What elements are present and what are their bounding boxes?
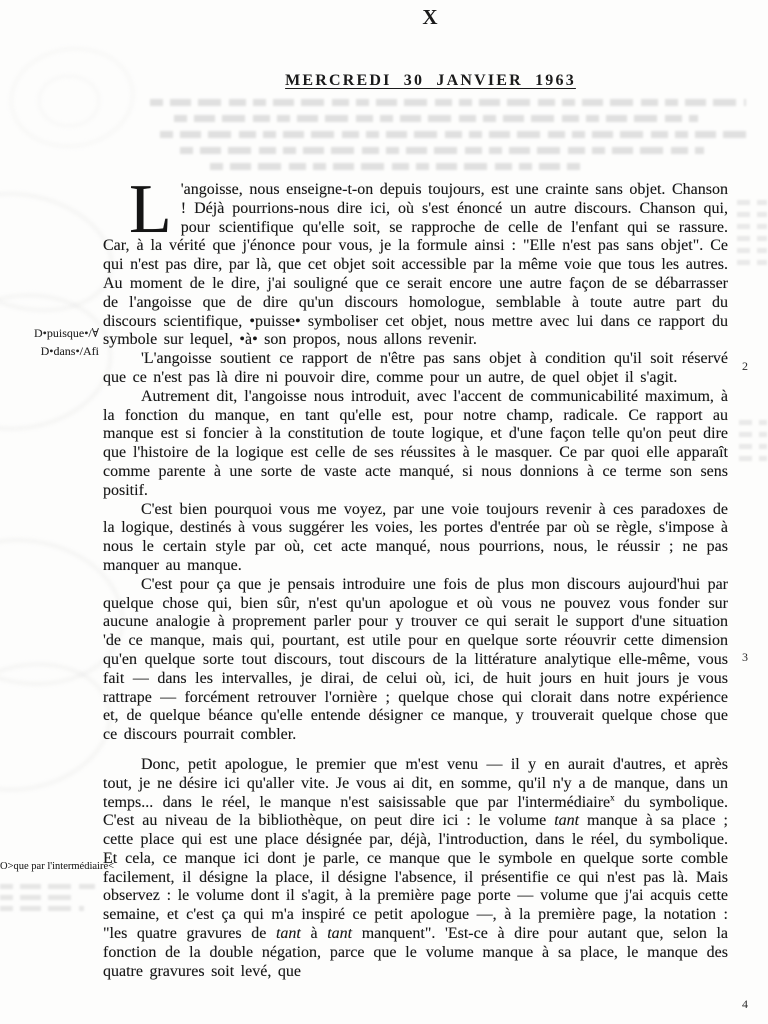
paragraph-6-text: à — [301, 925, 327, 942]
margin-note-intermediaire: O>que par l'intermédiaire< — [0, 861, 114, 872]
ghost-line — [739, 432, 767, 437]
ghost-line — [174, 115, 698, 122]
ghost-line — [0, 884, 95, 889]
session-heading-text: MERCREDI 30 JANVIER 1963 — [285, 72, 576, 89]
ghost-line — [737, 200, 767, 205]
ghost-line — [737, 224, 767, 229]
ghost-line — [0, 906, 84, 911]
italic-word: tant — [276, 925, 301, 942]
chapter-number: X — [103, 5, 758, 30]
bleedthrough-strip — [739, 420, 767, 468]
ghost-line — [160, 131, 746, 138]
paragraph-1-text: 'angoisse, nous enseigne-t-on depuis tou… — [103, 181, 728, 348]
scanned-document-page: X MERCREDI 30 JANVIER 1963 L'angoisse, n… — [0, 0, 768, 1024]
ghost-line — [180, 147, 704, 154]
italic-word: tant — [327, 925, 352, 942]
paragraph-4: C'est bien pourquoi vous me voyez, par u… — [103, 501, 728, 576]
ghost-line — [737, 212, 767, 217]
dropcap-letter: L — [103, 181, 181, 236]
session-heading: MERCREDI 30 JANVIER 1963 — [103, 72, 758, 90]
ghost-line — [739, 456, 767, 461]
ghost-line — [739, 420, 767, 425]
margin-number-4: 4 — [742, 997, 748, 1012]
ghost-line — [737, 248, 767, 253]
ghost-line — [150, 99, 746, 106]
margin-number-2: 2 — [742, 359, 748, 374]
body-text-column: L'angoisse, nous enseigne-t-on depuis to… — [103, 181, 728, 1024]
paragraph-6: Donc, petit apologue, le premier que m'e… — [103, 756, 728, 982]
paragraph-3: Autrement dit, l'angoisse nous introduit… — [103, 388, 728, 501]
stamp-circle-ghost — [38, 75, 100, 127]
ghost-line — [210, 163, 580, 170]
paragraph-6-text: manque à sa place ; cette place qui est … — [103, 812, 728, 942]
ghost-line — [739, 444, 767, 449]
margin-note-dans: D•dans•/Afi — [0, 344, 99, 359]
ghost-line — [0, 895, 76, 900]
bleedthrough-text-ghost — [150, 99, 746, 179]
margin-note-puisque: D•puisque•/∀ — [0, 326, 99, 341]
paragraph-1: L'angoisse, nous enseigne-t-on depuis to… — [103, 181, 728, 350]
bleedthrough-text-ghost — [0, 884, 95, 917]
paragraph-2: 'L'angoisse soutient ce rapport de n'êtr… — [103, 350, 728, 388]
margin-number-3: 3 — [742, 650, 748, 665]
italic-word: tant — [554, 812, 579, 829]
ghost-line — [737, 260, 767, 265]
ghost-line — [737, 236, 767, 241]
paragraph-5: C'est pour ça que je pensais introduire … — [103, 576, 728, 745]
bleedthrough-strip — [737, 200, 767, 272]
